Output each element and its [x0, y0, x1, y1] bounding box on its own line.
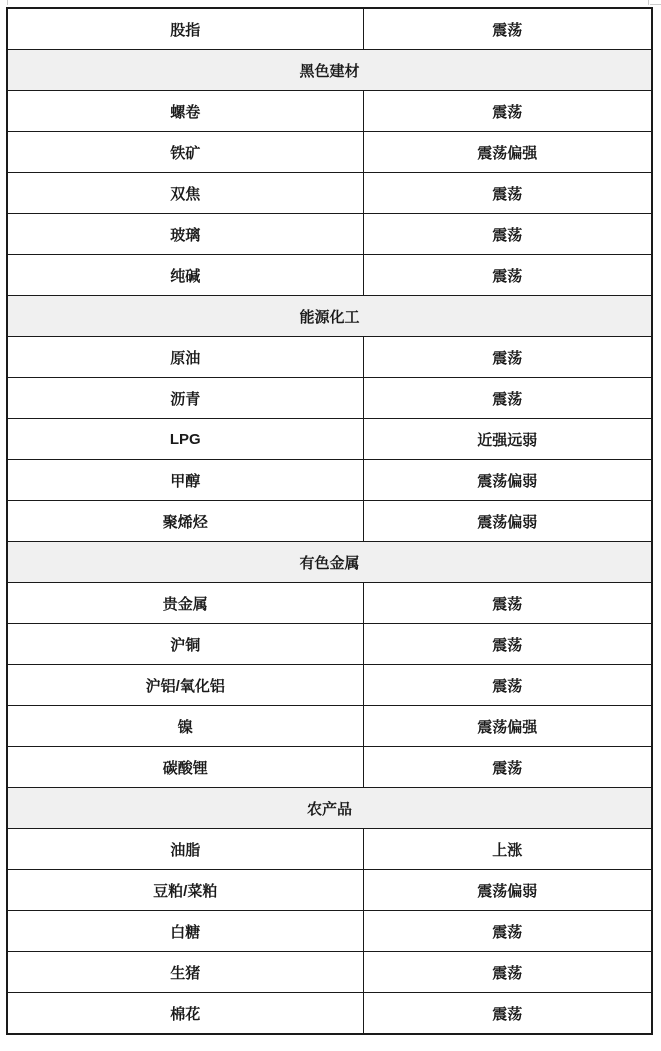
table-row: 聚烯烃震荡偏弱 [7, 501, 652, 542]
outlook-cell: 震荡偏强 [363, 132, 652, 173]
variety-cell: 螺卷 [7, 91, 363, 132]
variety-cell: 铁矿 [7, 132, 363, 173]
variety-cell: 原油 [7, 337, 363, 378]
table-body: 股指震荡黑色建材螺卷震荡铁矿震荡偏强双焦震荡玻璃震荡纯碱震荡能源化工原油震荡沥青… [7, 8, 652, 1034]
section-row: 能源化工 [7, 296, 652, 337]
outlook-cell: 震荡偏弱 [363, 460, 652, 501]
variety-cell: 纯碱 [7, 255, 363, 296]
outlook-cell: 上涨 [363, 829, 652, 870]
table-row: 贵金属震荡 [7, 583, 652, 624]
outlook-cell: 震荡 [363, 665, 652, 706]
variety-cell: 镍 [7, 706, 363, 747]
table-row: LPG近强远弱 [7, 419, 652, 460]
crop-artifact-top-right-vertical [648, 0, 649, 5]
crop-artifact-top-right-horizontal [650, 4, 661, 5]
outlook-cell: 震荡偏弱 [363, 870, 652, 911]
outlook-cell: 震荡 [363, 624, 652, 665]
variety-cell: 甲醇 [7, 460, 363, 501]
outlook-cell: 近强远弱 [363, 419, 652, 460]
table-row: 沪铜震荡 [7, 624, 652, 665]
section-header-cell: 农产品 [7, 788, 652, 829]
table-row: 原油震荡 [7, 337, 652, 378]
table-row: 棉花震荡 [7, 993, 652, 1035]
outlook-cell: 震荡 [363, 337, 652, 378]
crop-artifact-top-left [7, 0, 8, 5]
section-row: 农产品 [7, 788, 652, 829]
table-row: 白糖震荡 [7, 911, 652, 952]
table-row: 油脂上涨 [7, 829, 652, 870]
variety-cell: 沪铜 [7, 624, 363, 665]
outlook-cell: 震荡偏强 [363, 706, 652, 747]
table-row: 沪铝/氧化铝震荡 [7, 665, 652, 706]
outlook-cell: 震荡 [363, 91, 652, 132]
outlook-cell: 震荡 [363, 747, 652, 788]
table-row: 碳酸锂震荡 [7, 747, 652, 788]
outlook-cell: 震荡 [363, 214, 652, 255]
variety-cell: 沥青 [7, 378, 363, 419]
outlook-cell: 震荡 [363, 173, 652, 214]
outlook-cell: 震荡 [363, 993, 652, 1035]
table-row: 铁矿震荡偏强 [7, 132, 652, 173]
variety-cell: LPG [7, 419, 363, 460]
outlook-cell: 震荡 [363, 952, 652, 993]
outlook-cell: 震荡 [363, 8, 652, 50]
outlook-cell: 震荡 [363, 255, 652, 296]
variety-cell: 沪铝/氧化铝 [7, 665, 363, 706]
section-header-cell: 黑色建材 [7, 50, 652, 91]
outlook-cell: 震荡偏弱 [363, 501, 652, 542]
section-row: 有色金属 [7, 542, 652, 583]
page: 股指震荡黑色建材螺卷震荡铁矿震荡偏强双焦震荡玻璃震荡纯碱震荡能源化工原油震荡沥青… [0, 0, 661, 1051]
table-row: 甲醇震荡偏弱 [7, 460, 652, 501]
section-row: 黑色建材 [7, 50, 652, 91]
variety-cell: 油脂 [7, 829, 363, 870]
variety-cell: 豆粕/菜粕 [7, 870, 363, 911]
variety-cell: 棉花 [7, 993, 363, 1035]
table-row: 螺卷震荡 [7, 91, 652, 132]
variety-cell: 碳酸锂 [7, 747, 363, 788]
table-row: 纯碱震荡 [7, 255, 652, 296]
table-row: 豆粕/菜粕震荡偏弱 [7, 870, 652, 911]
variety-cell: 聚烯烃 [7, 501, 363, 542]
section-header-cell: 能源化工 [7, 296, 652, 337]
variety-cell: 玻璃 [7, 214, 363, 255]
table-row: 股指震荡 [7, 8, 652, 50]
commodity-outlook-table: 股指震荡黑色建材螺卷震荡铁矿震荡偏强双焦震荡玻璃震荡纯碱震荡能源化工原油震荡沥青… [6, 7, 653, 1035]
table-row: 沥青震荡 [7, 378, 652, 419]
section-header-cell: 有色金属 [7, 542, 652, 583]
variety-cell: 贵金属 [7, 583, 363, 624]
variety-cell: 白糖 [7, 911, 363, 952]
variety-cell: 双焦 [7, 173, 363, 214]
outlook-cell: 震荡 [363, 911, 652, 952]
table-row: 玻璃震荡 [7, 214, 652, 255]
table-row: 生猪震荡 [7, 952, 652, 993]
variety-cell: 股指 [7, 8, 363, 50]
table-row: 镍震荡偏强 [7, 706, 652, 747]
table-row: 双焦震荡 [7, 173, 652, 214]
outlook-cell: 震荡 [363, 378, 652, 419]
outlook-cell: 震荡 [363, 583, 652, 624]
variety-cell: 生猪 [7, 952, 363, 993]
